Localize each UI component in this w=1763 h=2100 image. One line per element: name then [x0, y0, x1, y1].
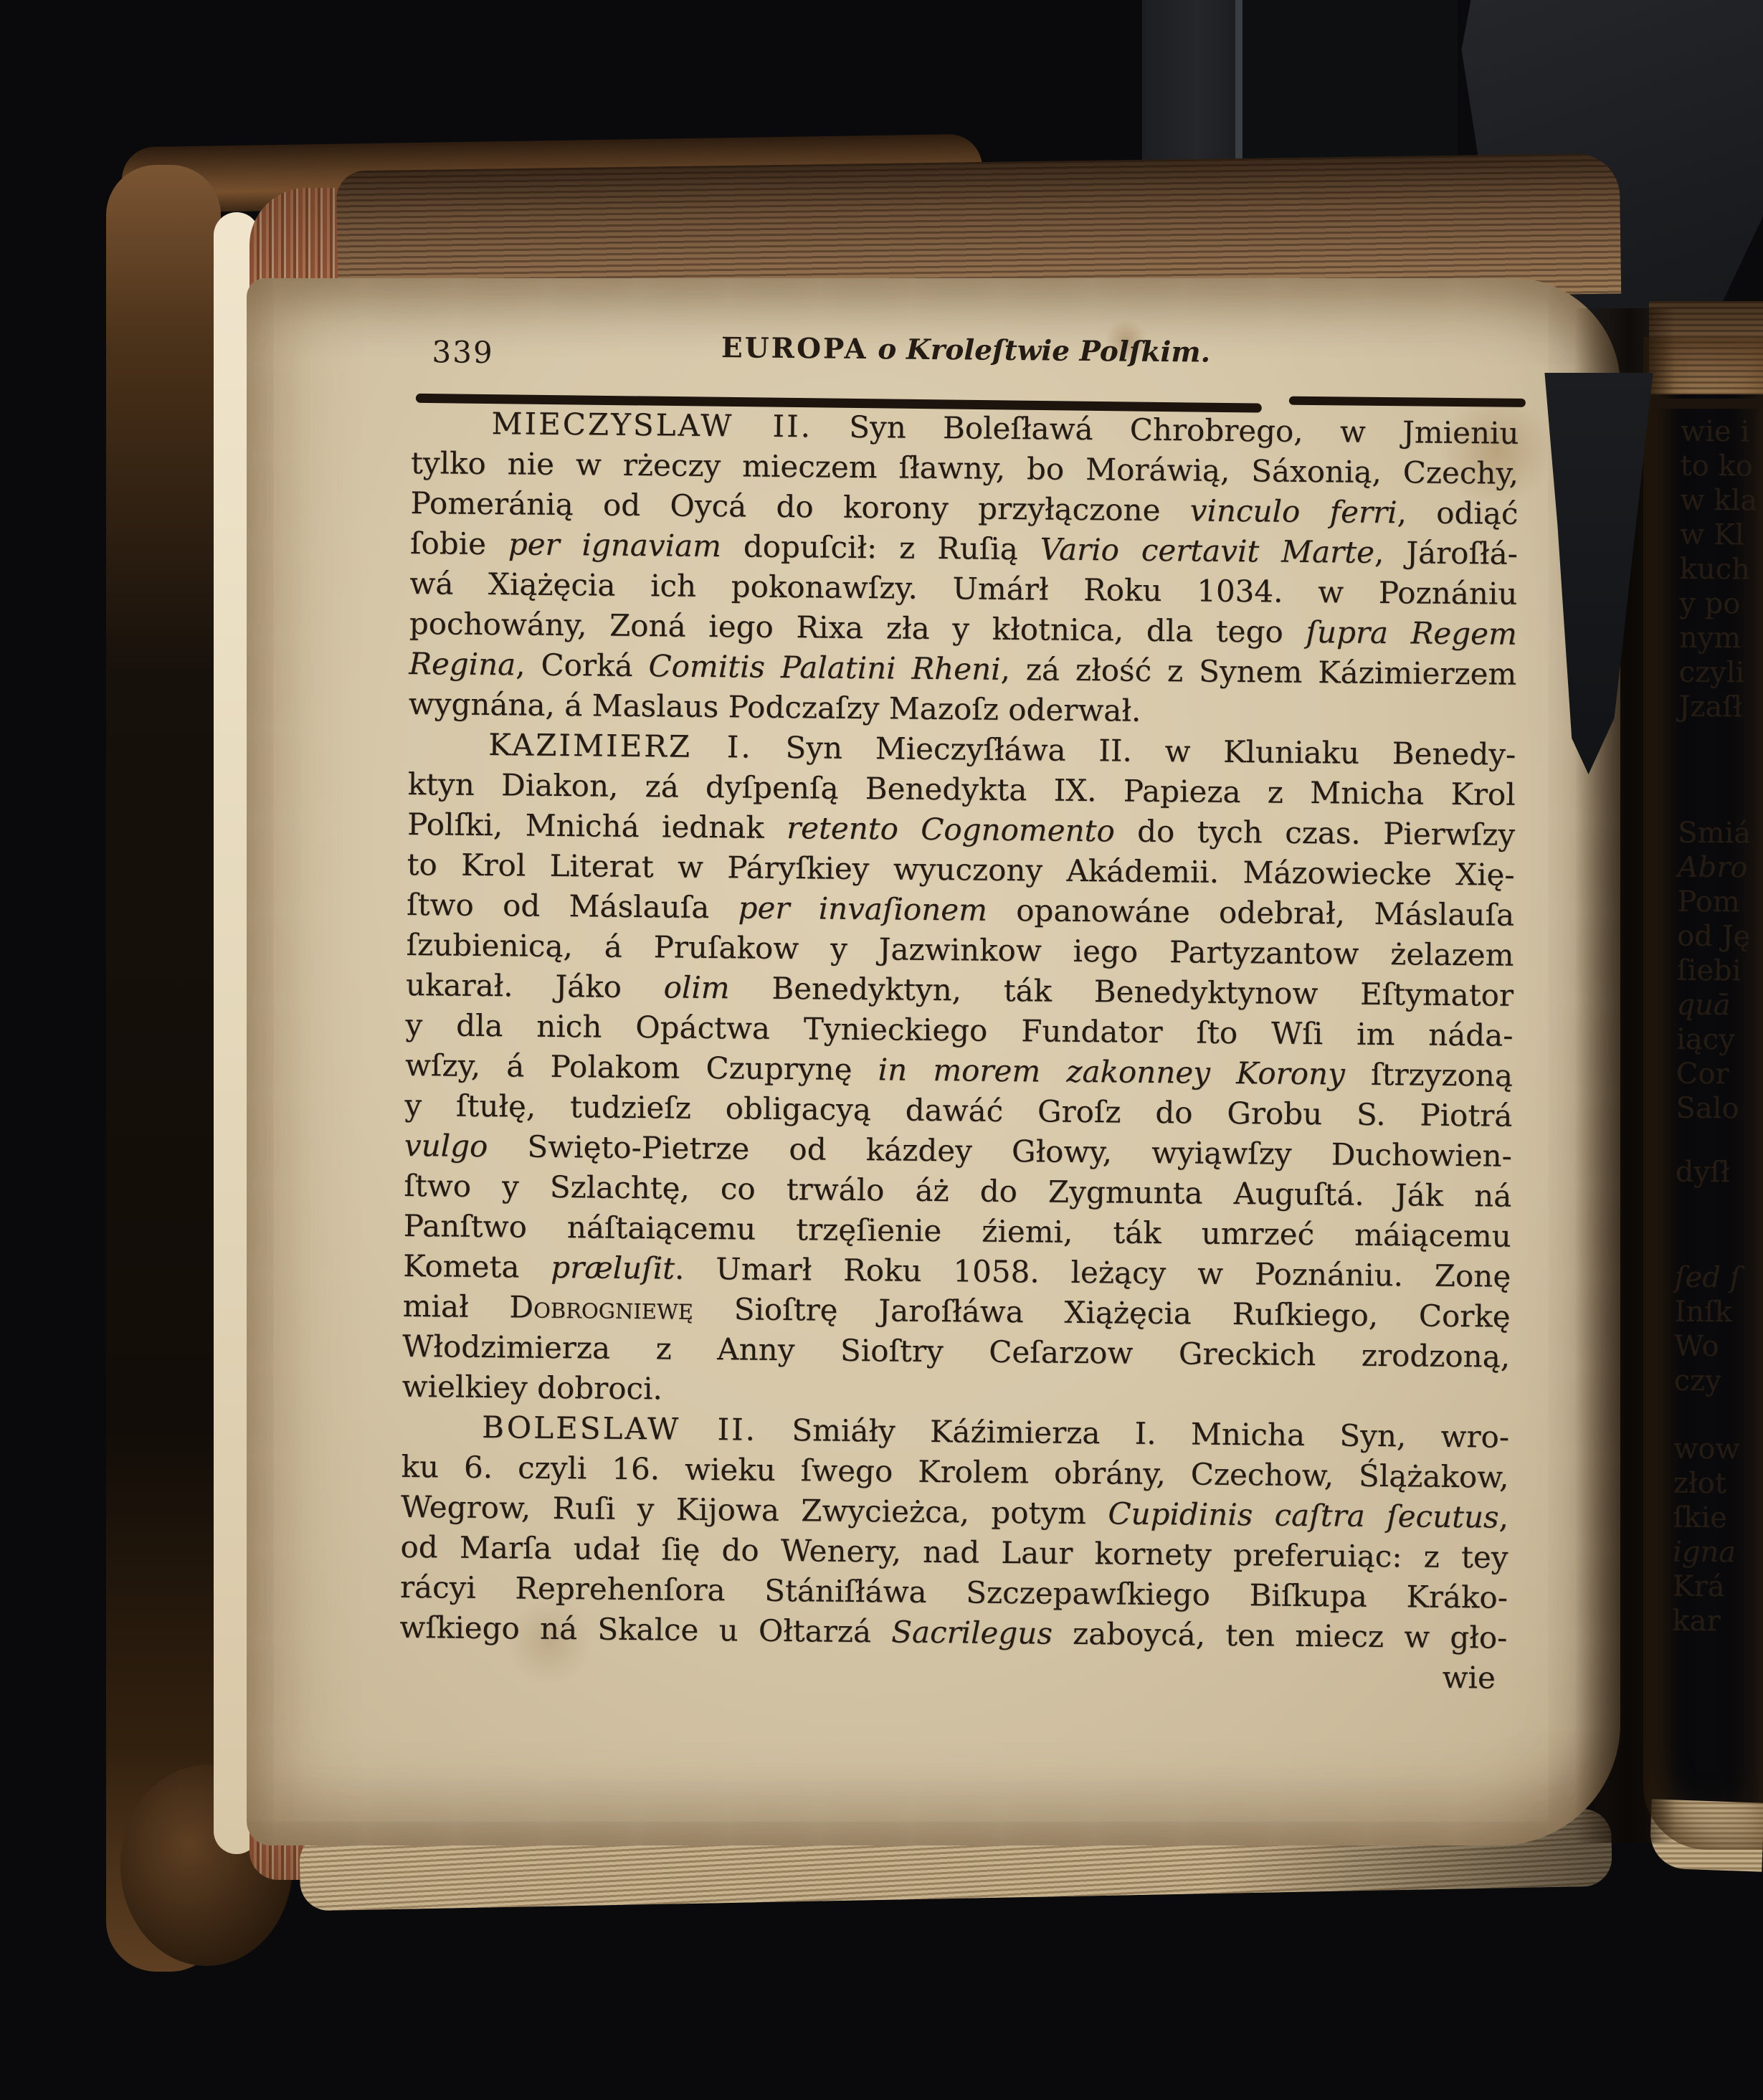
facing-line: złot — [1655, 1465, 1760, 1501]
facing-line: ſkie — [1654, 1500, 1759, 1535]
facing-line: Salo — [1657, 1091, 1762, 1126]
facing-line: czyli — [1660, 655, 1763, 690]
facing-line: Wo — [1655, 1329, 1761, 1364]
running-title-roman: EUROPA — [721, 331, 868, 366]
facing-line: wie i — [1662, 414, 1763, 450]
facing-line: igna — [1654, 1534, 1759, 1569]
header-rule-right — [1289, 396, 1526, 407]
facing-line: czy — [1655, 1363, 1761, 1398]
facing-line: ſiebi — [1658, 953, 1763, 988]
facing-line: od Ję — [1658, 918, 1763, 954]
leather-cover-left — [106, 165, 221, 1972]
facing-line: Krá — [1654, 1569, 1759, 1604]
facing-line: Cor — [1658, 1056, 1763, 1091]
facing-line: dyſł — [1657, 1154, 1762, 1189]
facing-line: ſed ſ — [1656, 1260, 1762, 1295]
facing-line: w kla — [1661, 483, 1763, 518]
facing-line: iący — [1658, 1022, 1763, 1057]
facing-line: quā — [1658, 987, 1763, 1022]
facing-line: kuch — [1660, 552, 1763, 587]
facing-line: Jzaſł — [1660, 689, 1763, 724]
running-title-italic: o Kroleſtwie Polſkim. — [868, 333, 1211, 369]
facing-line: y po — [1660, 586, 1763, 622]
facing-line: to ko — [1661, 449, 1763, 484]
facing-line: Smiá — [1659, 815, 1763, 850]
facing-line: kar — [1653, 1603, 1759, 1638]
facing-line: Abro — [1659, 850, 1763, 885]
body-text: MIECZYSLAW II. Syn Boleſławá Chrobrego, … — [399, 403, 1519, 1698]
facing-line: nym — [1660, 621, 1763, 656]
left-page-text: 339 EUROPA o Kroleſtwie Polſkim. MIECZYS… — [399, 315, 1520, 1753]
facing-page-text: wie ito kow klaw Klkuchy ponymczyliJzaſł… — [1653, 414, 1763, 1677]
facing-header-rule — [1655, 399, 1763, 409]
running-title: EUROPA o Kroleſtwie Polſkim. — [412, 328, 1519, 372]
book-photo: 339 EUROPA o Kroleſtwie Polſkim. MIECZYS… — [0, 0, 1763, 2100]
facing-line: Inſk — [1655, 1294, 1761, 1329]
facing-line: Pom — [1658, 884, 1763, 919]
facing-line: wow — [1655, 1431, 1760, 1466]
facing-line: w Kl — [1661, 518, 1763, 553]
